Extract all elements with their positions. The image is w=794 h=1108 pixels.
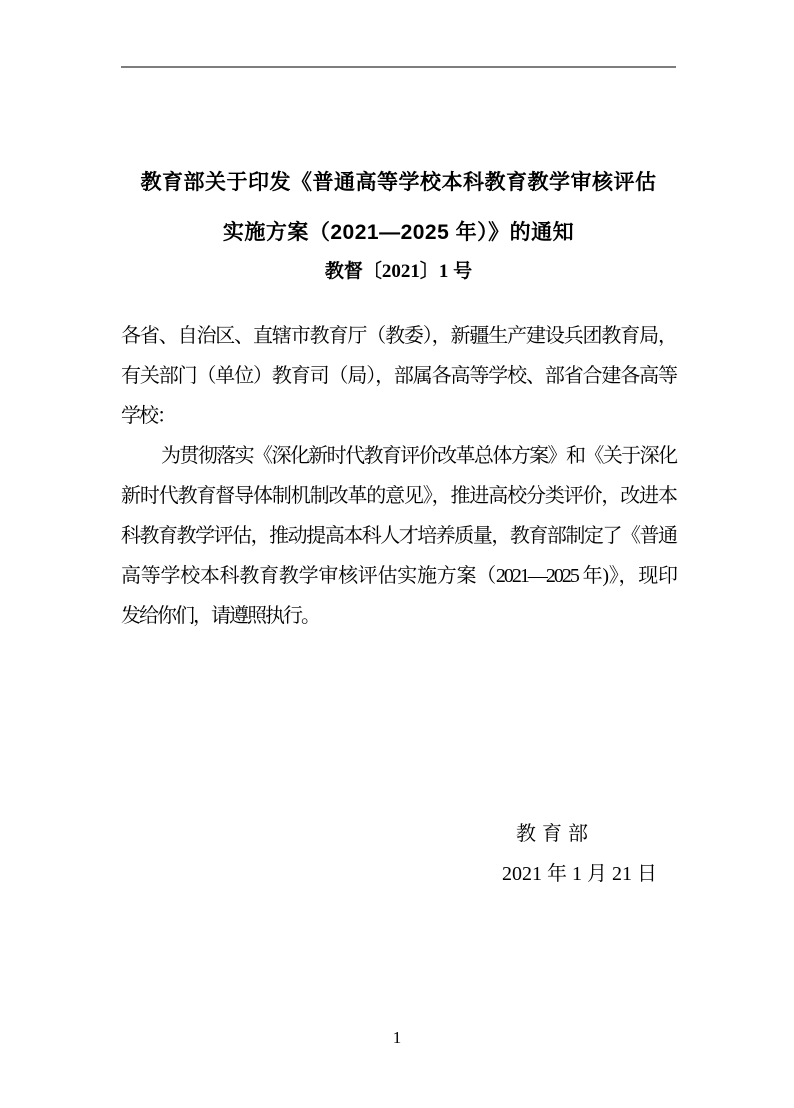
- recipients-line-1: 各省、自治区、直辖市教育厅（教委），新疆生产建设兵团教育局，: [121, 316, 676, 356]
- issue-date: 2021 年 1 月 21 日: [121, 854, 676, 894]
- recipients-line-2: 有关部门（单位）教育司（局），部属各高等学校、部省合建各高等: [121, 356, 676, 396]
- body-line-1: 为贯彻落实《深化新时代教育评价改革总体方案》和《关于深化: [121, 436, 676, 476]
- document-title-line-1: 教育部关于印发《普通高等学校本科教育教学审核评估: [121, 158, 676, 208]
- document-page: 教育部关于印发《普通高等学校本科教育教学审核评估 实施方案（2021—2025 …: [0, 0, 794, 1108]
- document-title-line-2: 实施方案（2021—2025 年）》的通知: [121, 208, 676, 258]
- body-line-5: 发给你们，请遵照执行。: [121, 596, 676, 636]
- document-content: 教育部关于印发《普通高等学校本科教育教学审核评估 实施方案（2021—2025 …: [121, 0, 676, 894]
- recipients-line-3: 学校：: [121, 396, 676, 436]
- body-line-3: 科教育教学评估，推动提高本科人才培养质量，教育部制定了《普通: [121, 516, 676, 556]
- body-line-4: 高等学校本科教育教学审核评估实施方案（2021—2025 年)》，现印: [121, 556, 676, 596]
- document-number: 教督〔2021〕1 号: [121, 258, 676, 286]
- signature-block: 教育部 2021 年 1 月 21 日: [121, 814, 676, 894]
- body-line-2: 新时代教育督导体制机制改革的意见》，推进高校分类评价，改进本: [121, 476, 676, 516]
- page-number: 1: [0, 1028, 794, 1048]
- document-body: 各省、自治区、直辖市教育厅（教委），新疆生产建设兵团教育局， 有关部门（单位）教…: [121, 316, 676, 636]
- document-title: 教育部关于印发《普通高等学校本科教育教学审核评估 实施方案（2021—2025 …: [121, 158, 676, 258]
- header-divider-line: [121, 66, 676, 68]
- issuing-organization: 教育部: [121, 814, 676, 854]
